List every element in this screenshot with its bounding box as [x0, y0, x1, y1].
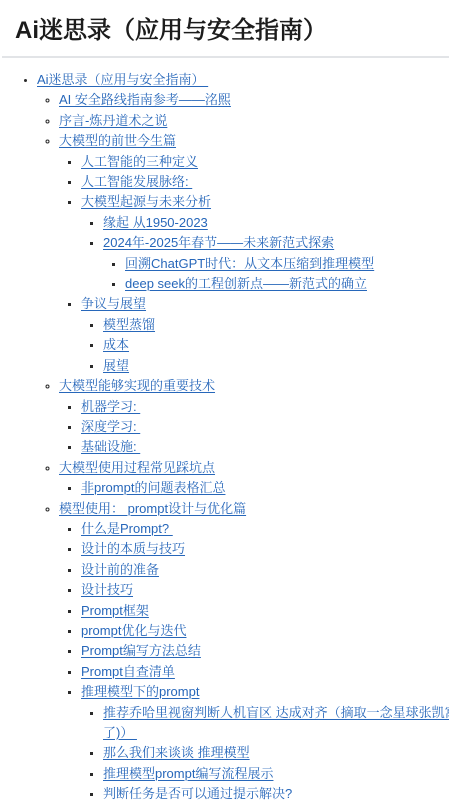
toc-link[interactable]: 大模型的前世今生篇: [59, 133, 176, 148]
toc-link[interactable]: 序言-炼丹道术之说: [59, 113, 167, 128]
toc-item: Ai迷思录（应用与安全指南） AI 安全路线指南参考——洺熙序言-炼丹道术之说大…: [37, 70, 449, 800]
toc-link[interactable]: AI 安全路线指南参考——洺熙: [59, 92, 231, 107]
toc-list-level-2: AI 安全路线指南参考——洺熙序言-炼丹道术之说大模型的前世今生篇人工智能的三种…: [37, 90, 449, 800]
toc-link[interactable]: Ai迷思录（应用与安全指南）: [37, 72, 208, 87]
toc-link[interactable]: 模型蒸馏: [103, 317, 155, 332]
toc-list-level-4: 推荐乔哈里视窗判断人机盲区 达成对齐（摘取一念星球张凯寓 (他了)） 那么我们来…: [81, 703, 449, 800]
toc-link[interactable]: 成本: [103, 337, 129, 352]
toc-item: 缘起 从1950-2023: [103, 213, 449, 233]
toc-link[interactable]: 人工智能的三种定义: [81, 154, 198, 169]
toc-item: 争议与展望模型蒸馏成本展望: [81, 294, 449, 376]
toc-link[interactable]: Prompt框架: [81, 603, 149, 618]
toc-item: 序言-炼丹道术之说: [59, 111, 449, 131]
toc-link[interactable]: 机器学习:: [81, 399, 140, 414]
toc-item: 设计技巧: [81, 580, 449, 600]
toc-link[interactable]: 大模型能够实现的重要技术: [59, 378, 215, 393]
toc-list-level-3: 什么是Prompt? 设计的本质与技巧设计前的准备设计技巧Prompt框架pro…: [59, 519, 449, 800]
page-content: Ai迷思录（应用与安全指南） Ai迷思录（应用与安全指南） AI 安全路线指南参…: [0, 0, 449, 800]
toc-link[interactable]: 设计技巧: [81, 582, 133, 597]
toc-item: 设计前的准备: [81, 560, 449, 580]
toc-item: 2024年-2025年春节——未来新范式探索回溯ChatGPT时代：从文本压缩到…: [103, 233, 449, 294]
toc-list-level-4: 缘起 从1950-20232024年-2025年春节——未来新范式探索回溯Cha…: [81, 213, 449, 295]
toc-link[interactable]: 大模型使用过程常见踩坑点: [59, 460, 215, 475]
toc-link[interactable]: 展望: [103, 358, 129, 373]
toc-item: 人工智能的三种定义: [81, 152, 449, 172]
toc-item: 大模型起源与未来分析缘起 从1950-20232024年-2025年春节——未来…: [81, 192, 449, 294]
toc-item: Prompt自查清单: [81, 662, 449, 682]
toc-link[interactable]: 深度学习:: [81, 419, 140, 434]
toc-link[interactable]: 模型使用： prompt设计与优化篇: [59, 501, 246, 516]
toc-item: 什么是Prompt?: [81, 519, 449, 539]
toc-item: 基础设施:: [81, 437, 449, 457]
toc-item: 成本: [103, 335, 449, 355]
toc-link[interactable]: deep seek的工程创新点——新范式的确立: [125, 276, 367, 291]
toc-link[interactable]: 推理模型下的prompt: [81, 684, 199, 699]
table-of-contents: Ai迷思录（应用与安全指南） AI 安全路线指南参考——洺熙序言-炼丹道术之说大…: [15, 70, 449, 800]
title-divider: [2, 56, 449, 58]
toc-link[interactable]: 2024年-2025年春节——未来新范式探索: [103, 235, 334, 250]
toc-link[interactable]: prompt优化与迭代: [81, 623, 186, 638]
toc-item: Prompt编写方法总结: [81, 641, 449, 661]
toc-link[interactable]: Prompt编写方法总结: [81, 643, 201, 658]
toc-item: 推理模型prompt编写流程展示: [103, 764, 449, 784]
toc-list-level-4: 模型蒸馏成本展望: [81, 315, 449, 376]
toc-link[interactable]: 缘起 从1950-2023: [103, 215, 208, 230]
toc-item: 判断任务是否可以通过提示解决?: [103, 784, 449, 800]
toc-link[interactable]: 基础设施:: [81, 439, 140, 454]
toc-link[interactable]: 判断任务是否可以通过提示解决?: [103, 786, 296, 800]
toc-item: 大模型使用过程常见踩坑点非prompt的问题表格汇总: [59, 458, 449, 499]
toc-link[interactable]: 争议与展望: [81, 296, 146, 311]
toc-list-level-5: 回溯ChatGPT时代：从文本压缩到推理模型deep seek的工程创新点——新…: [103, 254, 449, 295]
toc-item: 回溯ChatGPT时代：从文本压缩到推理模型: [125, 254, 449, 274]
toc-item: 机器学习:: [81, 397, 449, 417]
toc-link[interactable]: 设计的本质与技巧: [81, 541, 185, 556]
toc-list-level-3: 人工智能的三种定义人工智能发展脉络: 大模型起源与未来分析缘起 从1950-20…: [59, 152, 449, 376]
toc-link[interactable]: 非prompt的问题表格汇总: [81, 480, 225, 495]
toc-item: 人工智能发展脉络:: [81, 172, 449, 192]
toc-link[interactable]: Prompt自查清单: [81, 664, 175, 679]
toc-list-level-3: 机器学习: 深度学习: 基础设施:: [59, 397, 449, 458]
toc-link[interactable]: 设计前的准备: [81, 562, 159, 577]
toc-item: 模型蒸馏: [103, 315, 449, 335]
page-title: Ai迷思录（应用与安全指南）: [15, 16, 449, 56]
toc-item: 深度学习:: [81, 417, 449, 437]
toc-item: deep seek的工程创新点——新范式的确立: [125, 274, 449, 294]
toc-link[interactable]: 大模型起源与未来分析: [81, 194, 211, 209]
toc-item: Prompt框架: [81, 601, 449, 621]
toc-link[interactable]: 回溯ChatGPT时代：从文本压缩到推理模型: [125, 256, 374, 271]
toc-item: 推理模型下的prompt推荐乔哈里视窗判断人机盲区 达成对齐（摘取一念星球张凯寓…: [81, 682, 449, 800]
toc-link[interactable]: 人工智能发展脉络:: [81, 174, 192, 189]
toc-link[interactable]: 推荐乔哈里视窗判断人机盲区 达成对齐（摘取一念星球张凯寓 (他了)）: [103, 705, 449, 740]
toc-link[interactable]: 什么是Prompt?: [81, 521, 173, 536]
toc-list-level-3: 非prompt的问题表格汇总: [59, 478, 449, 498]
toc-item: 模型使用： prompt设计与优化篇什么是Prompt? 设计的本质与技巧设计前…: [59, 499, 449, 800]
toc-item: 设计的本质与技巧: [81, 539, 449, 559]
toc-item: 大模型的前世今生篇人工智能的三种定义人工智能发展脉络: 大模型起源与未来分析缘起…: [59, 131, 449, 376]
toc-link[interactable]: 推理模型prompt编写流程展示: [103, 766, 273, 781]
toc-item: 展望: [103, 356, 449, 376]
toc-item: 那么我们来谈谈 推理模型: [103, 743, 449, 763]
toc-item: 非prompt的问题表格汇总: [81, 478, 449, 498]
toc-link[interactable]: 那么我们来谈谈 推理模型: [103, 745, 250, 760]
toc-item: 大模型能够实现的重要技术机器学习: 深度学习: 基础设施:: [59, 376, 449, 458]
toc-list-level-1: Ai迷思录（应用与安全指南） AI 安全路线指南参考——洺熙序言-炼丹道术之说大…: [15, 70, 449, 800]
toc-item: 推荐乔哈里视窗判断人机盲区 达成对齐（摘取一念星球张凯寓 (他了)）: [103, 703, 449, 744]
toc-item: AI 安全路线指南参考——洺熙: [59, 90, 449, 110]
toc-item: prompt优化与迭代: [81, 621, 449, 641]
